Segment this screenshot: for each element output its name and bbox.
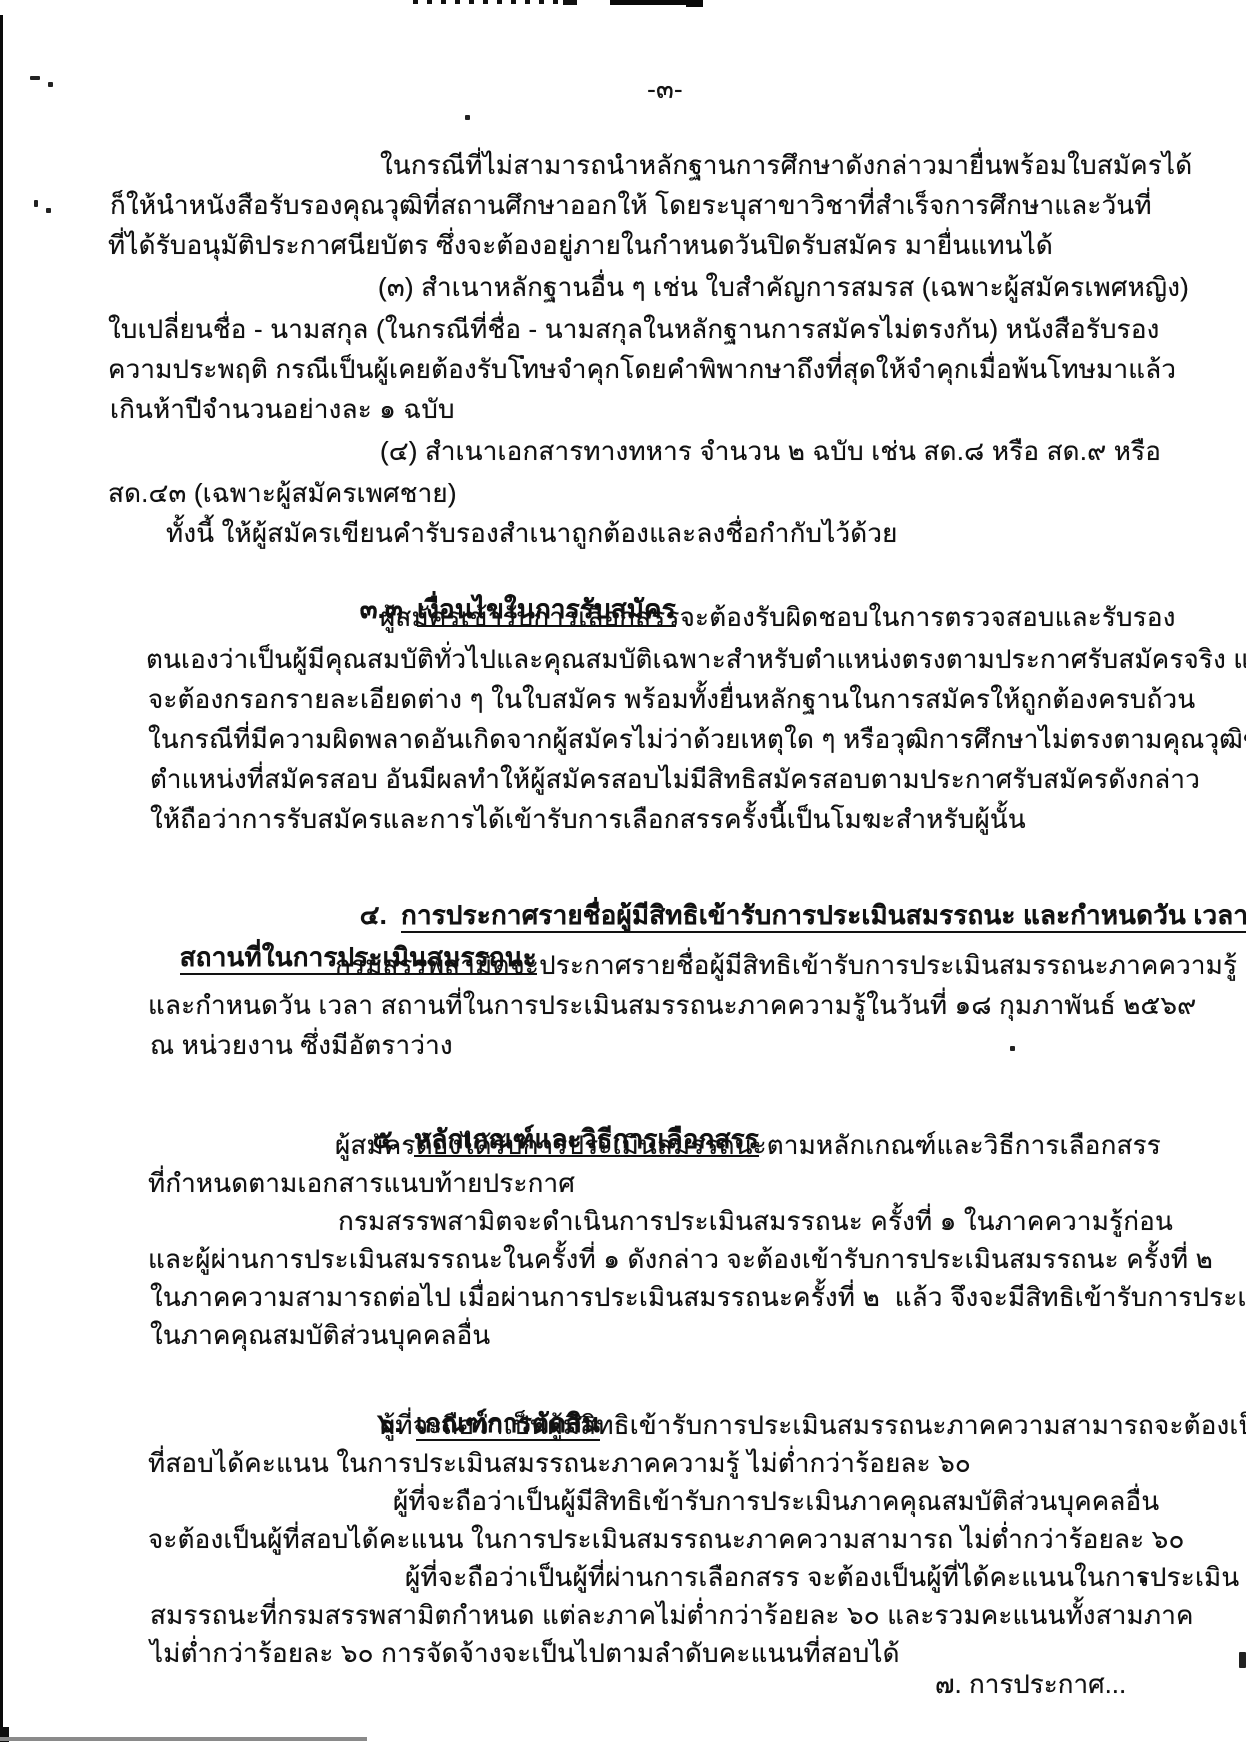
ink-speckle [1010,1046,1015,1051]
ink-speckle [30,76,40,80]
body-line: ผู้สมัครเข้ารับการเลือกสรรจะต้องรับผิดชอ… [380,600,1176,634]
body-line: ใบเปลี่ยนชื่อ - นามสกุล (ในกรณีที่ชื่อ -… [108,312,1160,346]
scan-artifact-right-edge-mark [1239,1652,1246,1668]
list-item-line-4: (๔) สำเนาเอกสารทางทหาร จำนวน ๒ ฉบับ เช่น… [380,434,1161,468]
ink-speckle [48,82,53,87]
body-line: ผู้ที่จะถือว่าเป็นผู้ที่ผ่านการเลือกสรร … [405,1560,1239,1594]
body-line: สมรรถนะที่กรมสรรพสามิตกำหนด แต่ละภาคไม่ต… [150,1598,1194,1632]
body-line: กรมสรรพสามิตจะประกาศรายชื่อผู้มีสิทธิเข้… [335,948,1237,982]
ink-speckle [34,200,38,207]
body-line: ไม่ต่ำกว่าร้อยละ ๖๐ การจัดจ้างจะเป็นไปตา… [150,1636,900,1670]
body-line: ทั้งนี้ ให้ผู้สมัครเขียนคำรับรองสำเนาถูก… [166,516,898,550]
body-line: เกินห้าปีจำนวนอย่างละ ๑ ฉบับ [110,392,455,426]
body-line: ให้ถือว่าการรับสมัครและการได้เข้ารับการเ… [150,802,1026,836]
continuation-note: ๗. การประกาศ... [935,1664,1126,1705]
body-line: ผู้ที่จะถือว่าเป็นผู้มีสิทธิเข้ารับการปร… [393,1484,1159,1518]
body-line: ผู้สมัครต้องได้รับการประเมินสมรรถนะตามหล… [335,1128,1161,1162]
scan-artifact-top-edge-block [686,0,703,7]
scan-artifact-top-edge-fragments [413,0,563,4]
body-line: ผู้ที่จะถือว่าเป็นผู้มีสิทธิเข้ารับการปร… [380,1408,1246,1442]
body-line: ในกรณีที่ไม่สามารถนำหลักฐานการศึกษาดังกล… [380,148,1192,182]
scan-artifact-left-border-line [0,15,3,1737]
body-line: ที่สอบได้คะแนน ในการประเมินสมรรถนะภาคควา… [148,1446,971,1480]
body-line: ณ หน่วยงาน ซึ่งมีอัตราว่าง [150,1028,453,1062]
body-line: ในกรณีที่มีความผิดพลาดอันเกิดจากผู้สมัคร… [148,722,1246,756]
body-line: ก็ให้นำหนังสือรับรองคุณวุฒิที่สถานศึกษาอ… [110,188,1152,222]
body-line: กรมสรรพสามิตจะดำเนินการประเมินสมรรถนะ คร… [338,1204,1173,1238]
ink-speckle [465,115,470,120]
body-line: สด.๔๓ (เฉพาะผู้สมัครเพศชาย) [108,476,457,510]
ink-speckle [46,208,51,213]
body-line: และกำหนดวัน เวลา สถานที่ในการประเมินสมรร… [148,988,1196,1022]
body-line: ในภาคคุณสมบัติส่วนบุคคลอื่น [150,1318,490,1352]
body-line: ความประพฤติ กรณีเป็นผู้เคยต้องรับโทษจำคุ… [108,352,1176,386]
body-line: จะต้องเป็นผู้ที่สอบได้คะแนน ในการประเมิน… [148,1522,1185,1556]
page-number: -๓- [647,72,683,106]
scanned-document-page: -๓- ในกรณีที่ไม่สามารถนำหลักฐานการศึกษาด… [0,0,1246,1743]
body-line: ตนเองว่าเป็นผู้มีคุณสมบัติทั่วไปและคุณสม… [146,642,1246,676]
body-line: ในภาคความสามารถต่อไป เมื่อผ่านการประเมิน… [150,1280,1246,1314]
scan-artifact-top-edge-fragment [563,0,577,5]
list-item-line-3: (๓) สำเนาหลักฐานอื่น ๆ เช่น ใบสำคัญการสม… [378,270,1189,304]
body-line: ตำแหน่งที่สมัครสอบ อันมีผลทำให้ผู้สมัครส… [150,762,1200,796]
body-line: จะต้องกรอกรายละเอียดต่าง ๆ ในใบสมัคร พร้… [148,682,1195,716]
scan-artifact-bottom-rule [0,1737,367,1741]
body-line: และผู้ผ่านการประเมินสมรรถนะในครั้งที่ ๑ … [148,1242,1213,1276]
body-line: ที่กำหนดตามเอกสารแนบท้ายประกาศ [148,1166,575,1200]
body-line: ที่ได้รับอนุมัติประกาศนียบัตร ซึ่งจะต้อง… [108,228,1053,262]
